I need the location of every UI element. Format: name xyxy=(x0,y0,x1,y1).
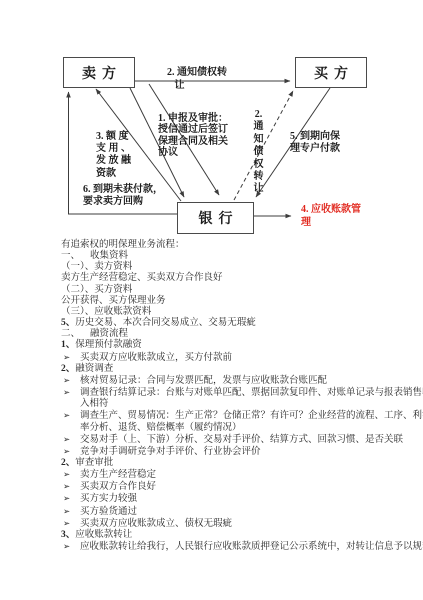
line-text: 核对贸易记录：合同与发票匹配，发票与应收账款台账匹配 xyxy=(80,376,327,386)
doc-line: 一、收集资料 xyxy=(61,251,423,262)
bullet-arrow-icon: ➢ xyxy=(63,434,80,445)
line-text: （二）、买方资料 xyxy=(61,285,132,295)
doc-line: ➢买方实力较强 xyxy=(63,493,423,505)
doc-line: ➢交易对手（上、下游）分析、交易对手评价、结算方式、回款习惯、是否关联 xyxy=(63,434,423,446)
node-buyer: 买方 xyxy=(295,57,367,88)
line-text: 调查生产、贸易情况：生产正常？仓储正常？有许可？企业经营的流程、工序、利润 xyxy=(80,411,423,421)
doc-line: 2、融资调查 xyxy=(61,364,423,375)
label-notify-debt-transfer: 2. 通知债权转 让 xyxy=(167,66,251,92)
line-text: 收集资料 xyxy=(90,251,128,261)
line-text: （一）、卖方资料 xyxy=(61,262,132,272)
doc-line: ➢调查银行结算记录：台账与对账单匹配、票据回款复印件、对账单记录与报表销售收 xyxy=(63,387,423,399)
doc-line: （三）、应收账款资料 xyxy=(61,307,423,318)
doc-line: 卖方生产经营稳定、买卖双方合作良好 xyxy=(61,273,423,284)
bullet-arrow-icon: ➢ xyxy=(63,469,80,480)
line-text: 审查审批 xyxy=(75,458,113,468)
line-text: （三）、应收账款资料 xyxy=(61,307,151,317)
line-prefix: 5、 xyxy=(61,318,75,328)
doc-line: 5、历史交易、本次合同交易成立、交易无瑕疵 xyxy=(61,318,423,329)
line-text: 交易对手（上、下游）分析、交易对手评价、结算方式、回款习惯、是否关联 xyxy=(80,435,403,445)
label-receivable-management: 4. 应收账款管 理 xyxy=(301,204,371,229)
bullet-arrow-icon: ➢ xyxy=(63,410,80,421)
doc-line: 有追索权的明保理业务流程： xyxy=(61,240,423,251)
doc-line: ➢核对贸易记录：合同与发票匹配，发票与应收账款台账匹配 xyxy=(63,375,423,387)
line-text: 卖方生产经营稳定、买卖双方合作良好 xyxy=(61,273,223,283)
line-text: 公开获得、买方保理业务 xyxy=(61,296,166,306)
doc-line: 2、审查审批 xyxy=(61,458,423,469)
line-text: 融资调查 xyxy=(75,364,113,374)
doc-line: （一）、卖方资料 xyxy=(61,262,423,273)
label-repurchase: 6. 到期未获付款， 要求卖方回购 xyxy=(83,184,175,208)
doc-line: （二）、买方资料 xyxy=(61,285,423,296)
line-text: 应收账款转让 xyxy=(75,530,132,540)
line-text: 调查银行结算记录：台账与对账单匹配、票据回款复印件、对账单记录与报表销售收 xyxy=(80,388,423,398)
factoring-flow-diagram: 卖方 买方 银行 2. 通知债权转 让 1. 申报及审批： 授信通过后签订 保理… xyxy=(0,0,423,245)
node-bank: 银行 xyxy=(177,202,254,234)
line-text: 买方实力较强 xyxy=(80,494,137,504)
doc-line: ➢竞争对手调研竞争对手评价、行业协会评价 xyxy=(63,446,423,458)
line-prefix: 1、 xyxy=(61,340,75,350)
doc-line: ➢调查生产、贸易情况：生产正常？仓储正常？有许可？企业经营的流程、工序、利润 xyxy=(63,410,423,422)
line-text: 保理预付款融资 xyxy=(75,340,142,350)
line-text: 应收账款转让给我行，人民银行应收账款质押登记公示系统中，对转让信息予以规范 xyxy=(80,542,423,552)
line-text: 历史交易、本次合同交易成立、交易无瑕疵 xyxy=(75,318,256,328)
bullet-arrow-icon: ➢ xyxy=(63,506,80,517)
line-prefix: 3、 xyxy=(61,530,75,540)
line-text: 买卖双方应收账款成立，买方付款前 xyxy=(80,353,232,363)
line-text: 买方验货通过 xyxy=(80,507,137,517)
line-prefix: 2、 xyxy=(61,364,75,374)
bullet-arrow-icon: ➢ xyxy=(63,446,80,457)
label-apply-approve: 1. 申报及审批： 授信通过后签订 保理合同及相关 协议 xyxy=(158,113,240,158)
doc-line: ➢应收账款转让给我行，人民银行应收账款质押登记公示系统中，对转让信息予以规范 xyxy=(63,541,423,553)
doc-line: ➢卖方生产经营稳定 xyxy=(63,469,423,481)
bullet-arrow-icon: ➢ xyxy=(63,375,80,386)
doc-line: ➢买卖双方应收账款成立，买方付款前 xyxy=(63,352,423,364)
doc-line: ➢买方验货通过 xyxy=(63,506,423,518)
bullet-arrow-icon: ➢ xyxy=(63,481,80,492)
line-text: 竞争对手调研竞争对手评价、行业协会评价 xyxy=(80,447,261,457)
doc-line: ➢买卖双方合作良好 xyxy=(63,481,423,493)
document-page: 卖方 买方 银行 2. 通知债权转 让 1. 申报及审批： 授信通过后签订 保理… xyxy=(0,0,423,600)
line-text: 有追索权的明保理业务流程： xyxy=(61,240,185,250)
doc-line: 3、应收账款转让 xyxy=(61,530,423,541)
label-credit-disbursement: 3. 额 度 支 用 、 发 放 融 资款 xyxy=(96,131,142,180)
line-text: 率分析、退货、赔偿概率（履约情况） xyxy=(80,423,242,433)
label-notify-debt-transfer-vertical: 2. 通 知 债 权 转 让 xyxy=(252,109,265,196)
line-prefix: 二、 xyxy=(61,329,90,340)
node-seller: 卖方 xyxy=(63,57,135,88)
document-lines: 有追索权的明保理业务流程：一、收集资料（一）、卖方资料卖方生产经营稳定、买卖双方… xyxy=(0,240,423,553)
bullet-arrow-icon: ➢ xyxy=(63,518,80,529)
label-maturity-payment: 5. 到期向保 理专户付款 xyxy=(290,131,352,155)
doc-line: 公开获得、买方保理业务 xyxy=(61,296,423,307)
doc-line: 入相符 xyxy=(80,399,423,410)
line-text: 卖方生产经营稳定 xyxy=(80,470,156,480)
bullet-arrow-icon: ➢ xyxy=(63,541,80,552)
doc-line: 率分析、退货、赔偿概率（履约情况） xyxy=(80,423,423,434)
doc-line: ➢买卖双方应收账款成立、债权无瑕疵 xyxy=(63,518,423,530)
doc-line: 1、保理预付款融资 xyxy=(61,340,423,351)
doc-line: 二、融资流程 xyxy=(61,329,423,340)
bullet-arrow-icon: ➢ xyxy=(63,387,80,398)
line-text: 买卖双方应收账款成立、债权无瑕疵 xyxy=(80,519,232,529)
line-text: 买卖双方合作良好 xyxy=(80,482,156,492)
line-prefix: 2、 xyxy=(61,458,75,468)
line-text: 入相符 xyxy=(80,399,109,409)
bullet-arrow-icon: ➢ xyxy=(63,352,80,363)
line-prefix: 一、 xyxy=(61,251,90,262)
line-text: 融资流程 xyxy=(90,329,128,339)
bullet-arrow-icon: ➢ xyxy=(63,493,80,504)
